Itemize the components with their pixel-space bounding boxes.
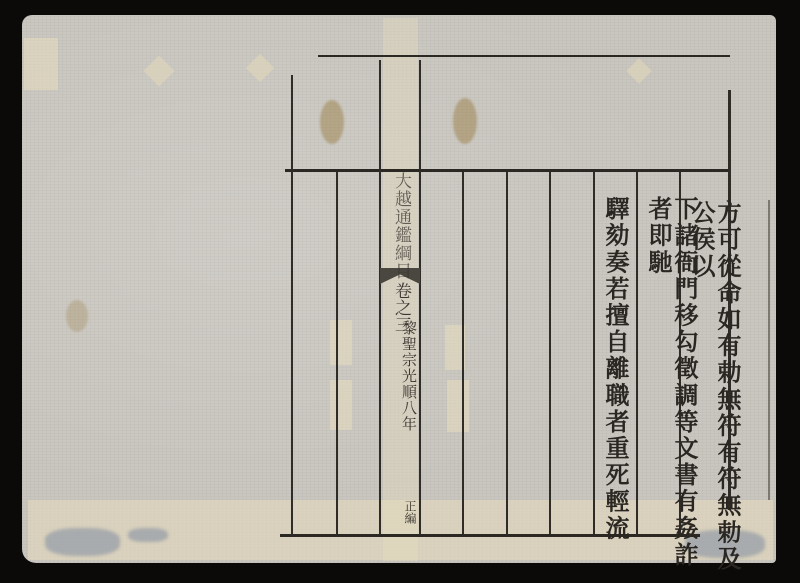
blue-stain [128, 528, 168, 542]
blue-stain [45, 528, 120, 556]
mid-repair-patch-2 [330, 380, 352, 430]
outer-right-line [768, 200, 770, 500]
water-stain [66, 300, 88, 332]
mid-repair-patch-4 [447, 380, 469, 432]
fold-right-line [419, 60, 421, 535]
mid-repair-patch [330, 320, 352, 365]
column-line [336, 172, 338, 534]
left-corner-repair-tape [24, 38, 58, 90]
fold-edition-label: 正編 [402, 500, 419, 524]
column-line [593, 172, 595, 534]
water-stain [453, 98, 477, 144]
header-divider-line [285, 169, 730, 172]
column-line [636, 172, 638, 534]
text-column-2: 下諸衙門移勾徵調等文書有姦詐者即馳 [645, 196, 697, 583]
column-line [549, 172, 551, 534]
column-line [506, 172, 508, 534]
top-border-line [318, 55, 730, 57]
fold-reign-year: 黎聖宗光順八年 [399, 320, 420, 432]
frame-left-line [291, 75, 293, 535]
water-stain [320, 100, 344, 144]
text-column-3: 驛劾奏若擅自離職者重死輕流 [602, 196, 628, 542]
column-line [462, 172, 464, 534]
fold-book-title: 大越通鑑綱目 [389, 172, 414, 280]
bottom-border-line [280, 534, 700, 537]
fold-left-line [379, 60, 381, 535]
